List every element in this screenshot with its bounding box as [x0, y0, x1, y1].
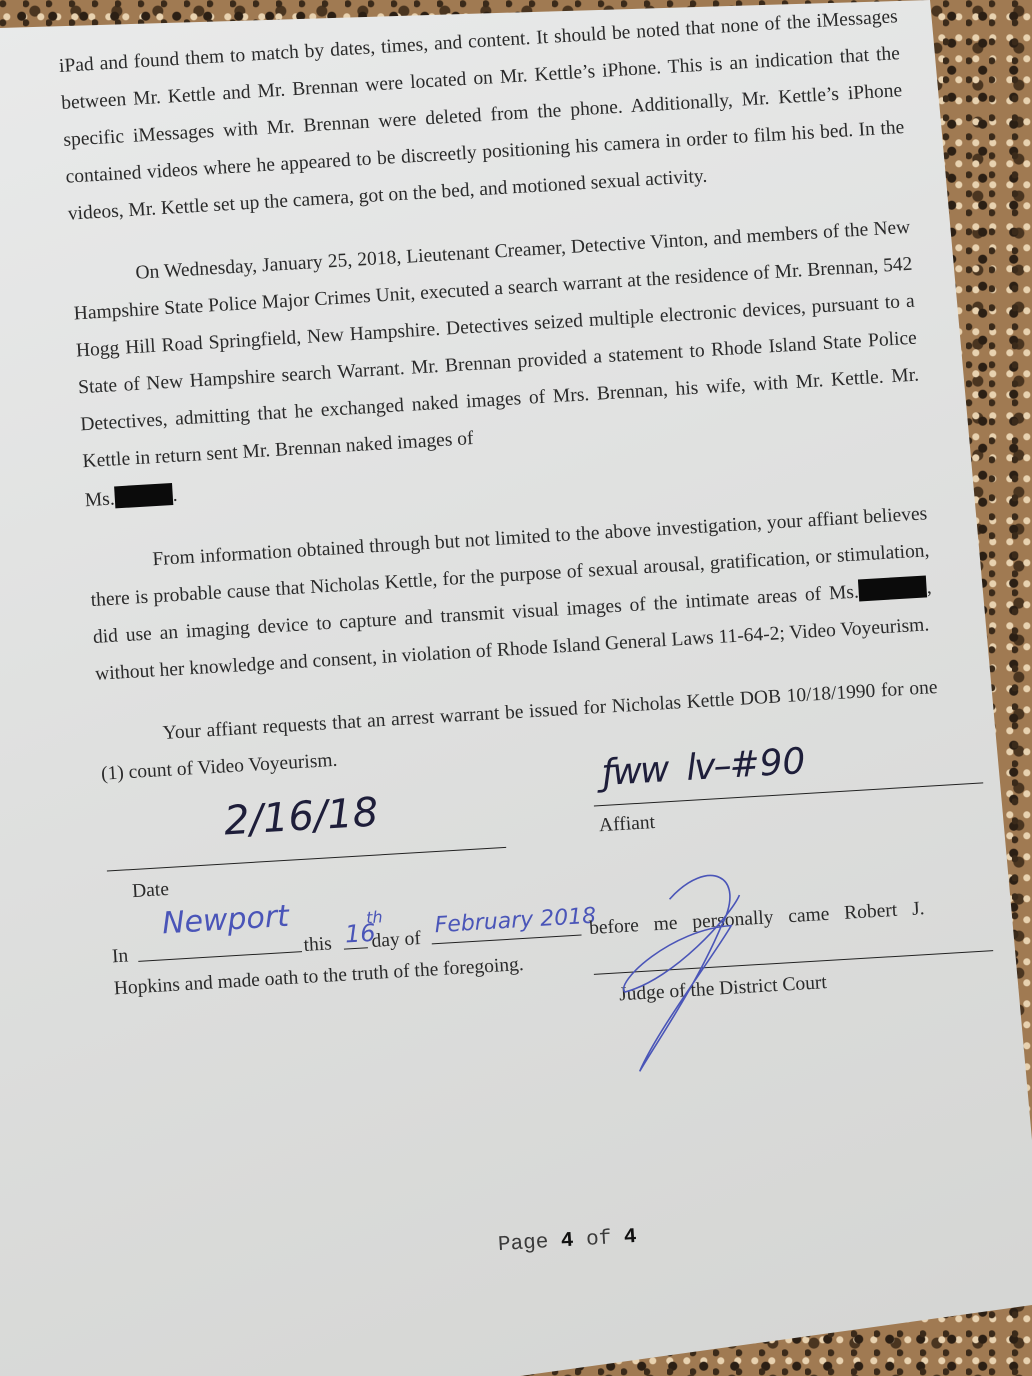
place-handwritten: Newport [161, 898, 290, 942]
month-year-handwritten: February 2018 [434, 898, 598, 945]
paragraph-text: On Wednesday, January 25, 2018, Lieutena… [73, 217, 919, 472]
document-page: iPad and found them to match by dates, t… [0, 0, 1032, 1376]
redacted-name-block [858, 575, 927, 601]
affiant-signature: ƒww lv–#90 [601, 743, 807, 792]
date-handwritten: 2/16/18 [223, 794, 379, 840]
affiant-label: Affiant [598, 804, 656, 844]
redacted-name-block [114, 483, 173, 508]
oath-text: before me personally came Robert J. [588, 890, 926, 947]
date-line [107, 847, 506, 872]
page-number: Page 4 of 4 [497, 1226, 637, 1257]
document-body: iPad and found them to match by dates, t… [58, 0, 952, 982]
